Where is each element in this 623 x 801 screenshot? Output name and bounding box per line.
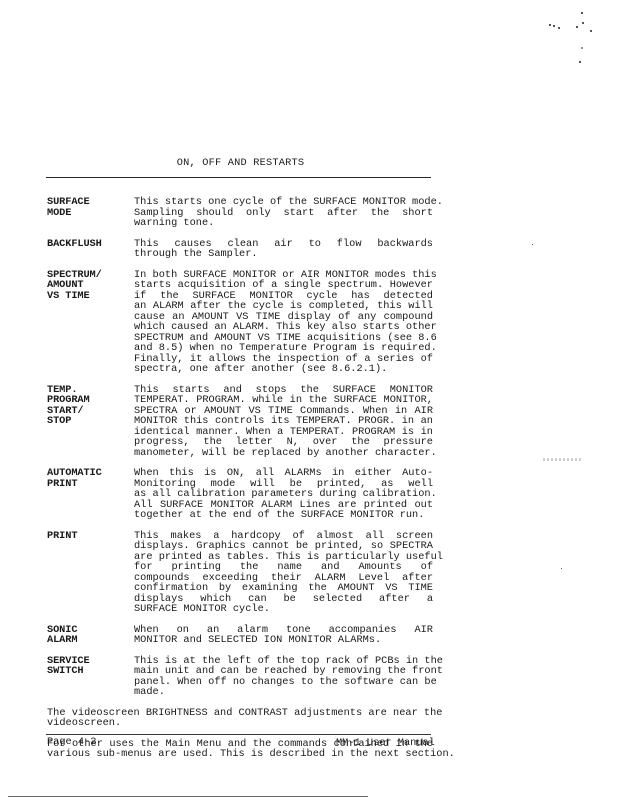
description-line: together at the end of the SURFACE MONIT… <box>134 510 433 521</box>
key-label: SERVICESWITCH <box>47 656 134 698</box>
description-line: progress, the letter N, over the pressur… <box>134 437 433 448</box>
scan-speck <box>553 25 555 27</box>
description-line: made. <box>134 687 433 698</box>
description-line: When this is ON, all ALARMs in either Au… <box>134 468 433 479</box>
header-rule <box>46 177 431 178</box>
key-label: SURFACEMODE <box>47 197 134 229</box>
description-line: for printing the name and Amounts of <box>134 562 433 573</box>
body-paragraph: The videoscreen BRIGHTNESS and CONTRAST … <box>47 708 433 729</box>
scan-speck <box>590 30 592 32</box>
description-line: MONITOR this controls its TEMPERAT. PROG… <box>134 416 433 427</box>
manual-title: MM-1 User Manual <box>336 737 435 749</box>
scan-speck <box>581 12 583 14</box>
footer-rule <box>46 734 431 735</box>
scan-speck <box>561 568 562 569</box>
key-label-line: VS TIME <box>47 291 134 302</box>
description-line: which caused an ALARM. This key also sta… <box>134 322 433 333</box>
description-line: This starts one cycle of the SURFACE MON… <box>134 197 433 208</box>
scan-speck <box>576 26 578 28</box>
description-line: through the Sampler. <box>134 249 433 260</box>
key-description: When on an alarm tone accompanies AIRMON… <box>134 625 433 646</box>
description-line: main unit and can be reached by removing… <box>134 666 433 677</box>
key-descriptions: SURFACEMODEThis starts one cycle of the … <box>47 197 437 770</box>
key-label-line: SURFACE <box>47 197 134 208</box>
key-entry: TEMP.PROGRAMSTART/STOPThis starts and st… <box>47 385 437 459</box>
scan-speck <box>579 61 581 63</box>
scan-speck <box>581 47 583 49</box>
key-entry: AUTOMATICPRINTWhen this is ON, all ALARM… <box>47 468 437 521</box>
key-label-line: BACKFLUSH <box>47 239 134 250</box>
description-line: as all calibration parameters during cal… <box>134 489 433 500</box>
key-label: AUTOMATICPRINT <box>47 468 134 521</box>
description-line: manometer, will be replaced by another c… <box>134 448 433 459</box>
key-label: BACKFLUSH <box>47 239 134 260</box>
scan-edge-line <box>8 796 368 797</box>
key-description: This causes clean air to flow backwardst… <box>134 239 433 260</box>
description-line: displays. Graphics cannot be printed, so… <box>134 541 433 552</box>
description-line: warning tone. <box>134 218 433 229</box>
description-line: spectra, one after another (see 8.6.2.1)… <box>134 364 433 375</box>
key-label-line: AUTOMATIC <box>47 468 134 479</box>
key-entry: SERVICESWITCHThis is at the left of the … <box>47 656 437 698</box>
scan-speck <box>582 22 584 24</box>
key-label-line: PRINT <box>47 479 134 490</box>
scan-speck <box>558 27 560 29</box>
description-line: TEMPERAT. PROGRAM. while in the SURFACE … <box>134 395 433 406</box>
key-label-line: PROGRAM <box>47 395 134 406</box>
description-line: an ALARM after the cycle is completed, t… <box>134 301 433 312</box>
key-label-line: SWITCH <box>47 666 134 677</box>
key-entry: BACKFLUSHThis causes clean air to flow b… <box>47 239 437 260</box>
paragraph-line: videoscreen. <box>47 718 433 729</box>
key-description: This is at the left of the top rack of P… <box>134 656 433 698</box>
key-description: When this is ON, all ALARMs in either Au… <box>134 468 433 521</box>
key-label-line: ALARM <box>47 635 134 646</box>
key-description: This starts one cycle of the SURFACE MON… <box>134 197 433 229</box>
description-line: starts acquisition of a single spectrum.… <box>134 280 433 291</box>
scan-speck <box>532 244 533 245</box>
description-line: SURFACE MONITOR cycle. <box>134 604 433 615</box>
key-entry: PRINTThis makes a hardcopy of almost all… <box>47 531 437 615</box>
description-line: MONITOR and SELECTED ION MONITOR ALARMs. <box>134 635 433 646</box>
page-title: ON, OFF AND RESTARTS <box>0 157 623 169</box>
description-line: and 8.5) when no Temperature Program is … <box>134 343 433 354</box>
key-label: PRINT <box>47 531 134 615</box>
key-label-line: STOP <box>47 416 134 427</box>
key-entry: SURFACEMODEThis starts one cycle of the … <box>47 197 437 229</box>
key-label: TEMP.PROGRAMSTART/STOP <box>47 385 134 459</box>
description-line: confirmation by examining the AMOUNT VS … <box>134 583 433 594</box>
key-description: In both SURFACE MONITOR or AIR MONITOR m… <box>134 270 433 375</box>
key-entry: SPECTRUM/AMOUNTVS TIMEIn both SURFACE MO… <box>47 270 437 375</box>
key-label: SONICALARM <box>47 625 134 646</box>
key-entry: SONICALARMWhen on an alarm tone accompan… <box>47 625 437 646</box>
entry-list: SURFACEMODEThis starts one cycle of the … <box>47 197 437 698</box>
key-label: SPECTRUM/AMOUNTVS TIME <box>47 270 134 375</box>
key-label-line: MODE <box>47 208 134 219</box>
paragraph-line: various sub-menus are used. This is desc… <box>47 749 433 760</box>
key-description: This starts and stops the SURFACE MONITO… <box>134 385 433 459</box>
description-line: panel. When off no changes to the softwa… <box>134 677 433 688</box>
scan-smudge <box>543 458 583 461</box>
page-number: Page 4-2 <box>47 736 96 748</box>
page-title-text: ON, OFF AND RESTARTS <box>177 157 305 169</box>
key-label-line: AMOUNT <box>47 280 134 291</box>
scan-speck <box>549 24 551 26</box>
key-label-line: PRINT <box>47 531 134 542</box>
key-description: This makes a hardcopy of almost all scre… <box>134 531 433 615</box>
